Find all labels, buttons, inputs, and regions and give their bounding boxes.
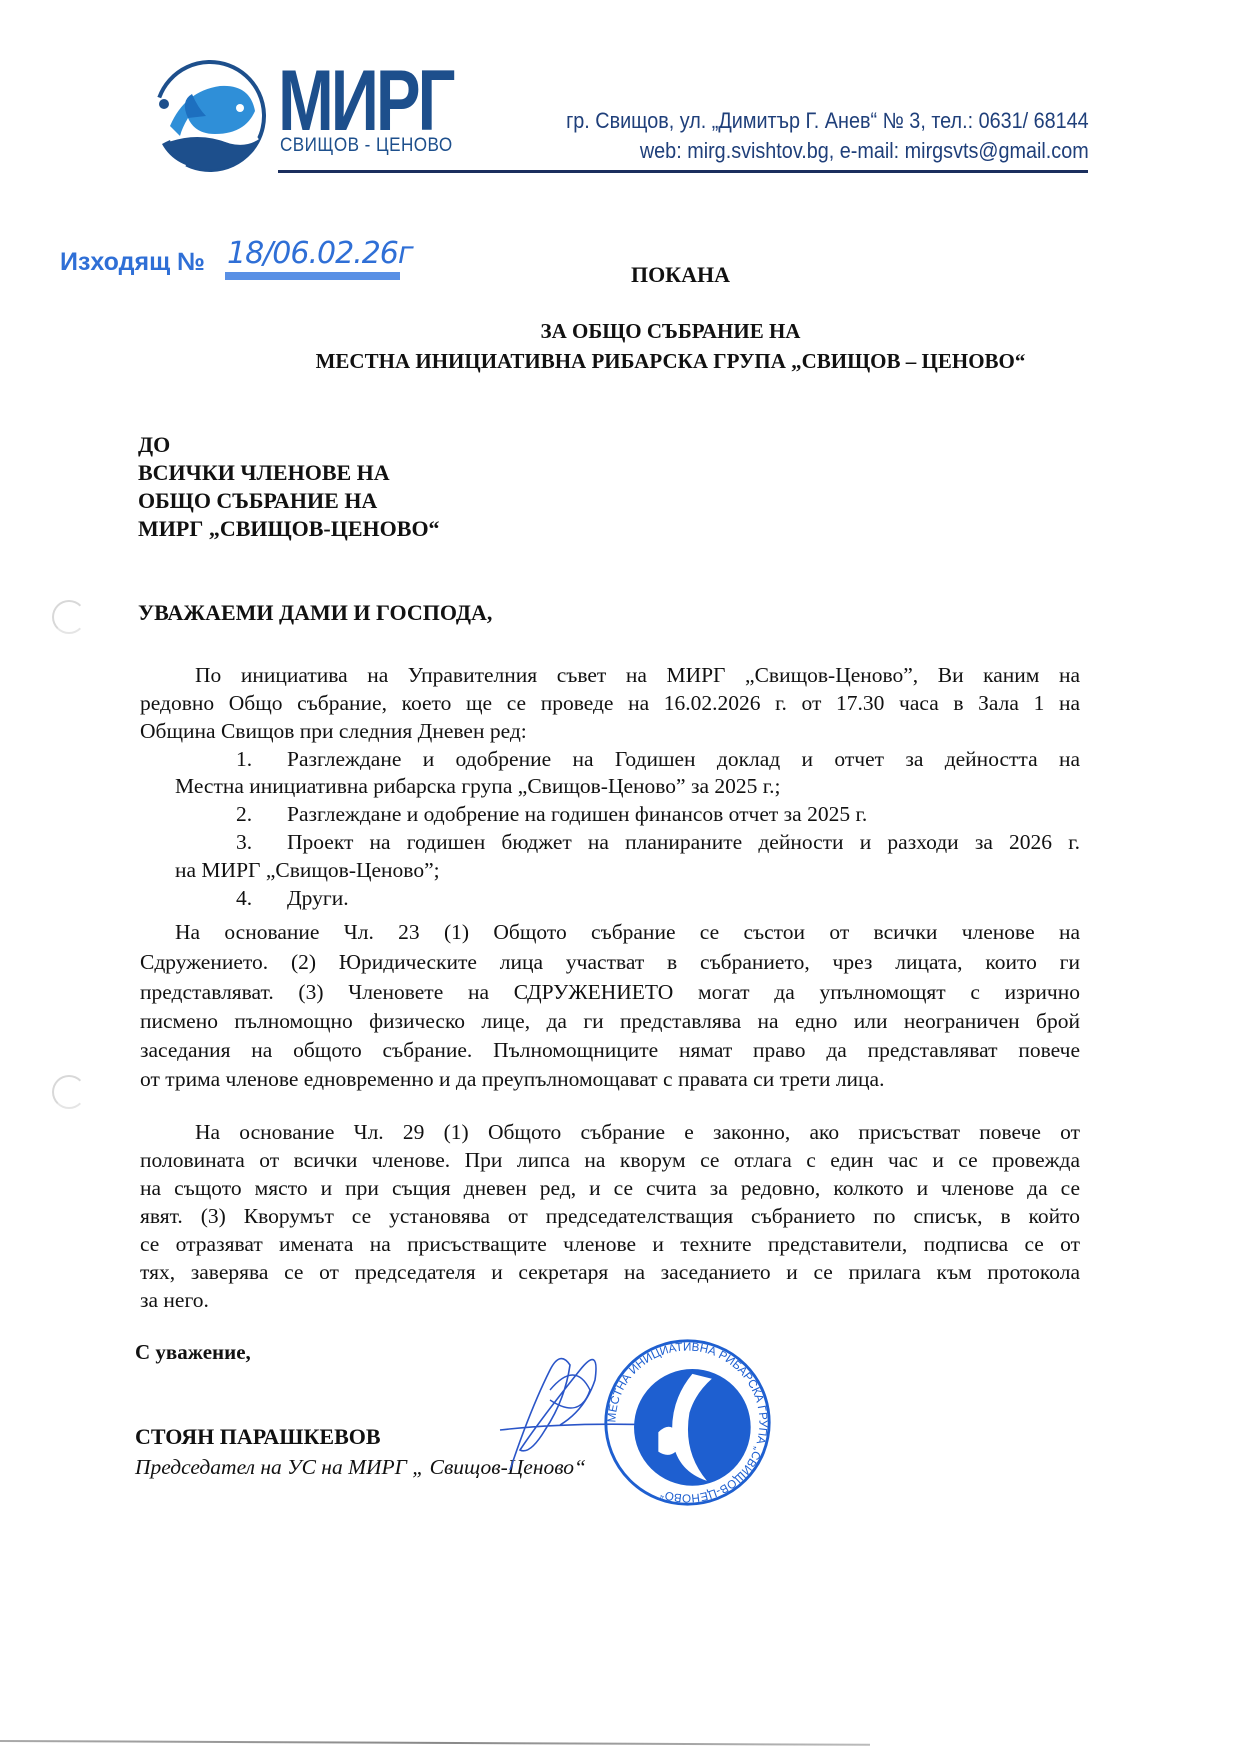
paragraph-line: за него. [140,1286,209,1314]
paragraph-line: явят. (3) Кворумът се установява от пред… [140,1202,1080,1230]
paragraph-line: писмено пълномощно физическо лице, да ги… [140,1007,1080,1035]
paragraph-line: Община Свищов при следния Дневен ред: [140,717,527,745]
agenda-number: 4. [236,884,252,912]
agenda-text: Разглеждане и одобрение на годишен финан… [287,800,867,828]
contact-web: web: mirg.svishtov.bg, e-mail: mirgsvts@… [640,138,1089,164]
logo-title: МИРГ [278,58,452,144]
closing-greeting: С уважение, [135,1340,251,1365]
document-subtitle-1: ЗА ОБЩО СЪБРАНИЕ НА [50,319,1241,344]
agenda-text-cont: Местна инициативна рибарска група „Свищо… [175,772,780,800]
paragraph-line: редовно Общо събрание, което ще се прове… [140,689,1080,717]
punch-hole-mark [52,1075,86,1109]
agenda-number: 2. [236,800,252,828]
paragraph-line: заседания на общото събрание. Пълномощни… [140,1036,1080,1064]
agenda-text: Разглеждане и одобрение на Годишен докла… [287,745,1080,773]
paragraph-line: Сдружението. (2) Юридическите лица участ… [140,948,1080,976]
scan-edge-line [0,1740,870,1746]
addressee-line: ДО [138,432,170,458]
paragraph-line: половината от всички членове. При липса … [140,1146,1080,1174]
paragraph-line: на същото място и при същия дневен ред, … [140,1174,1080,1202]
contact-address: гр. Свищов, ул. „Димитър Г. Анев“ № 3, т… [566,108,1089,134]
agenda-number: 3. [236,828,252,856]
addressee-line: ОБЩО СЪБРАНИЕ НА [138,488,377,514]
agenda-text-cont: на МИРГ „Свищов-Ценово”; [175,856,440,884]
paragraph-line: На основание Чл. 29 (1) Общото събрание … [195,1118,1080,1146]
logo-subtitle: СВИЩОВ - ЦЕНОВО [280,135,453,157]
punch-hole-mark [52,600,86,634]
salutation: УВАЖАЕМИ ДАМИ И ГОСПОДА, [138,600,492,626]
paragraph-line: от трима членове едновременно и да преуп… [140,1065,884,1093]
fish-wave-icon [150,56,270,176]
signer-name: СТОЯН ПАРАШКЕВОВ [135,1424,381,1450]
organization-seal-icon: МЕСТНА ИНИЦИАТИВНА РИБАРСКА ГРУПА „СВИЩО… [600,1335,775,1510]
header-divider [278,170,1088,173]
agenda-number: 1. [236,745,252,773]
paragraph-line: По инициатива на Управителния съвет на М… [195,661,1080,689]
addressee-line: МИРГ „СВИЩОВ-ЦЕНОВО“ [138,516,440,542]
document-subtitle-2: МЕСТНА ИНИЦИАТИВНА РИБАРСКА ГРУПА „СВИЩО… [50,349,1241,374]
paragraph-line: се отразяват имената на присъстващите чл… [140,1230,1080,1258]
addressee-line: ВСИЧКИ ЧЛЕНОВЕ НА [138,460,390,486]
agenda-text: Проект на годишен бюджет на планираните … [287,828,1080,856]
paragraph-line: представляват. (3) Членовете на СДРУЖЕНИ… [140,978,1080,1006]
agenda-text: Други. [287,884,349,912]
document-title: ПОКАНА [60,262,1241,288]
paragraph-line: На основание Чл. 23 (1) Общото събрание … [175,918,1080,946]
paragraph-line: тях, заверява се от председателя и секре… [140,1258,1080,1286]
